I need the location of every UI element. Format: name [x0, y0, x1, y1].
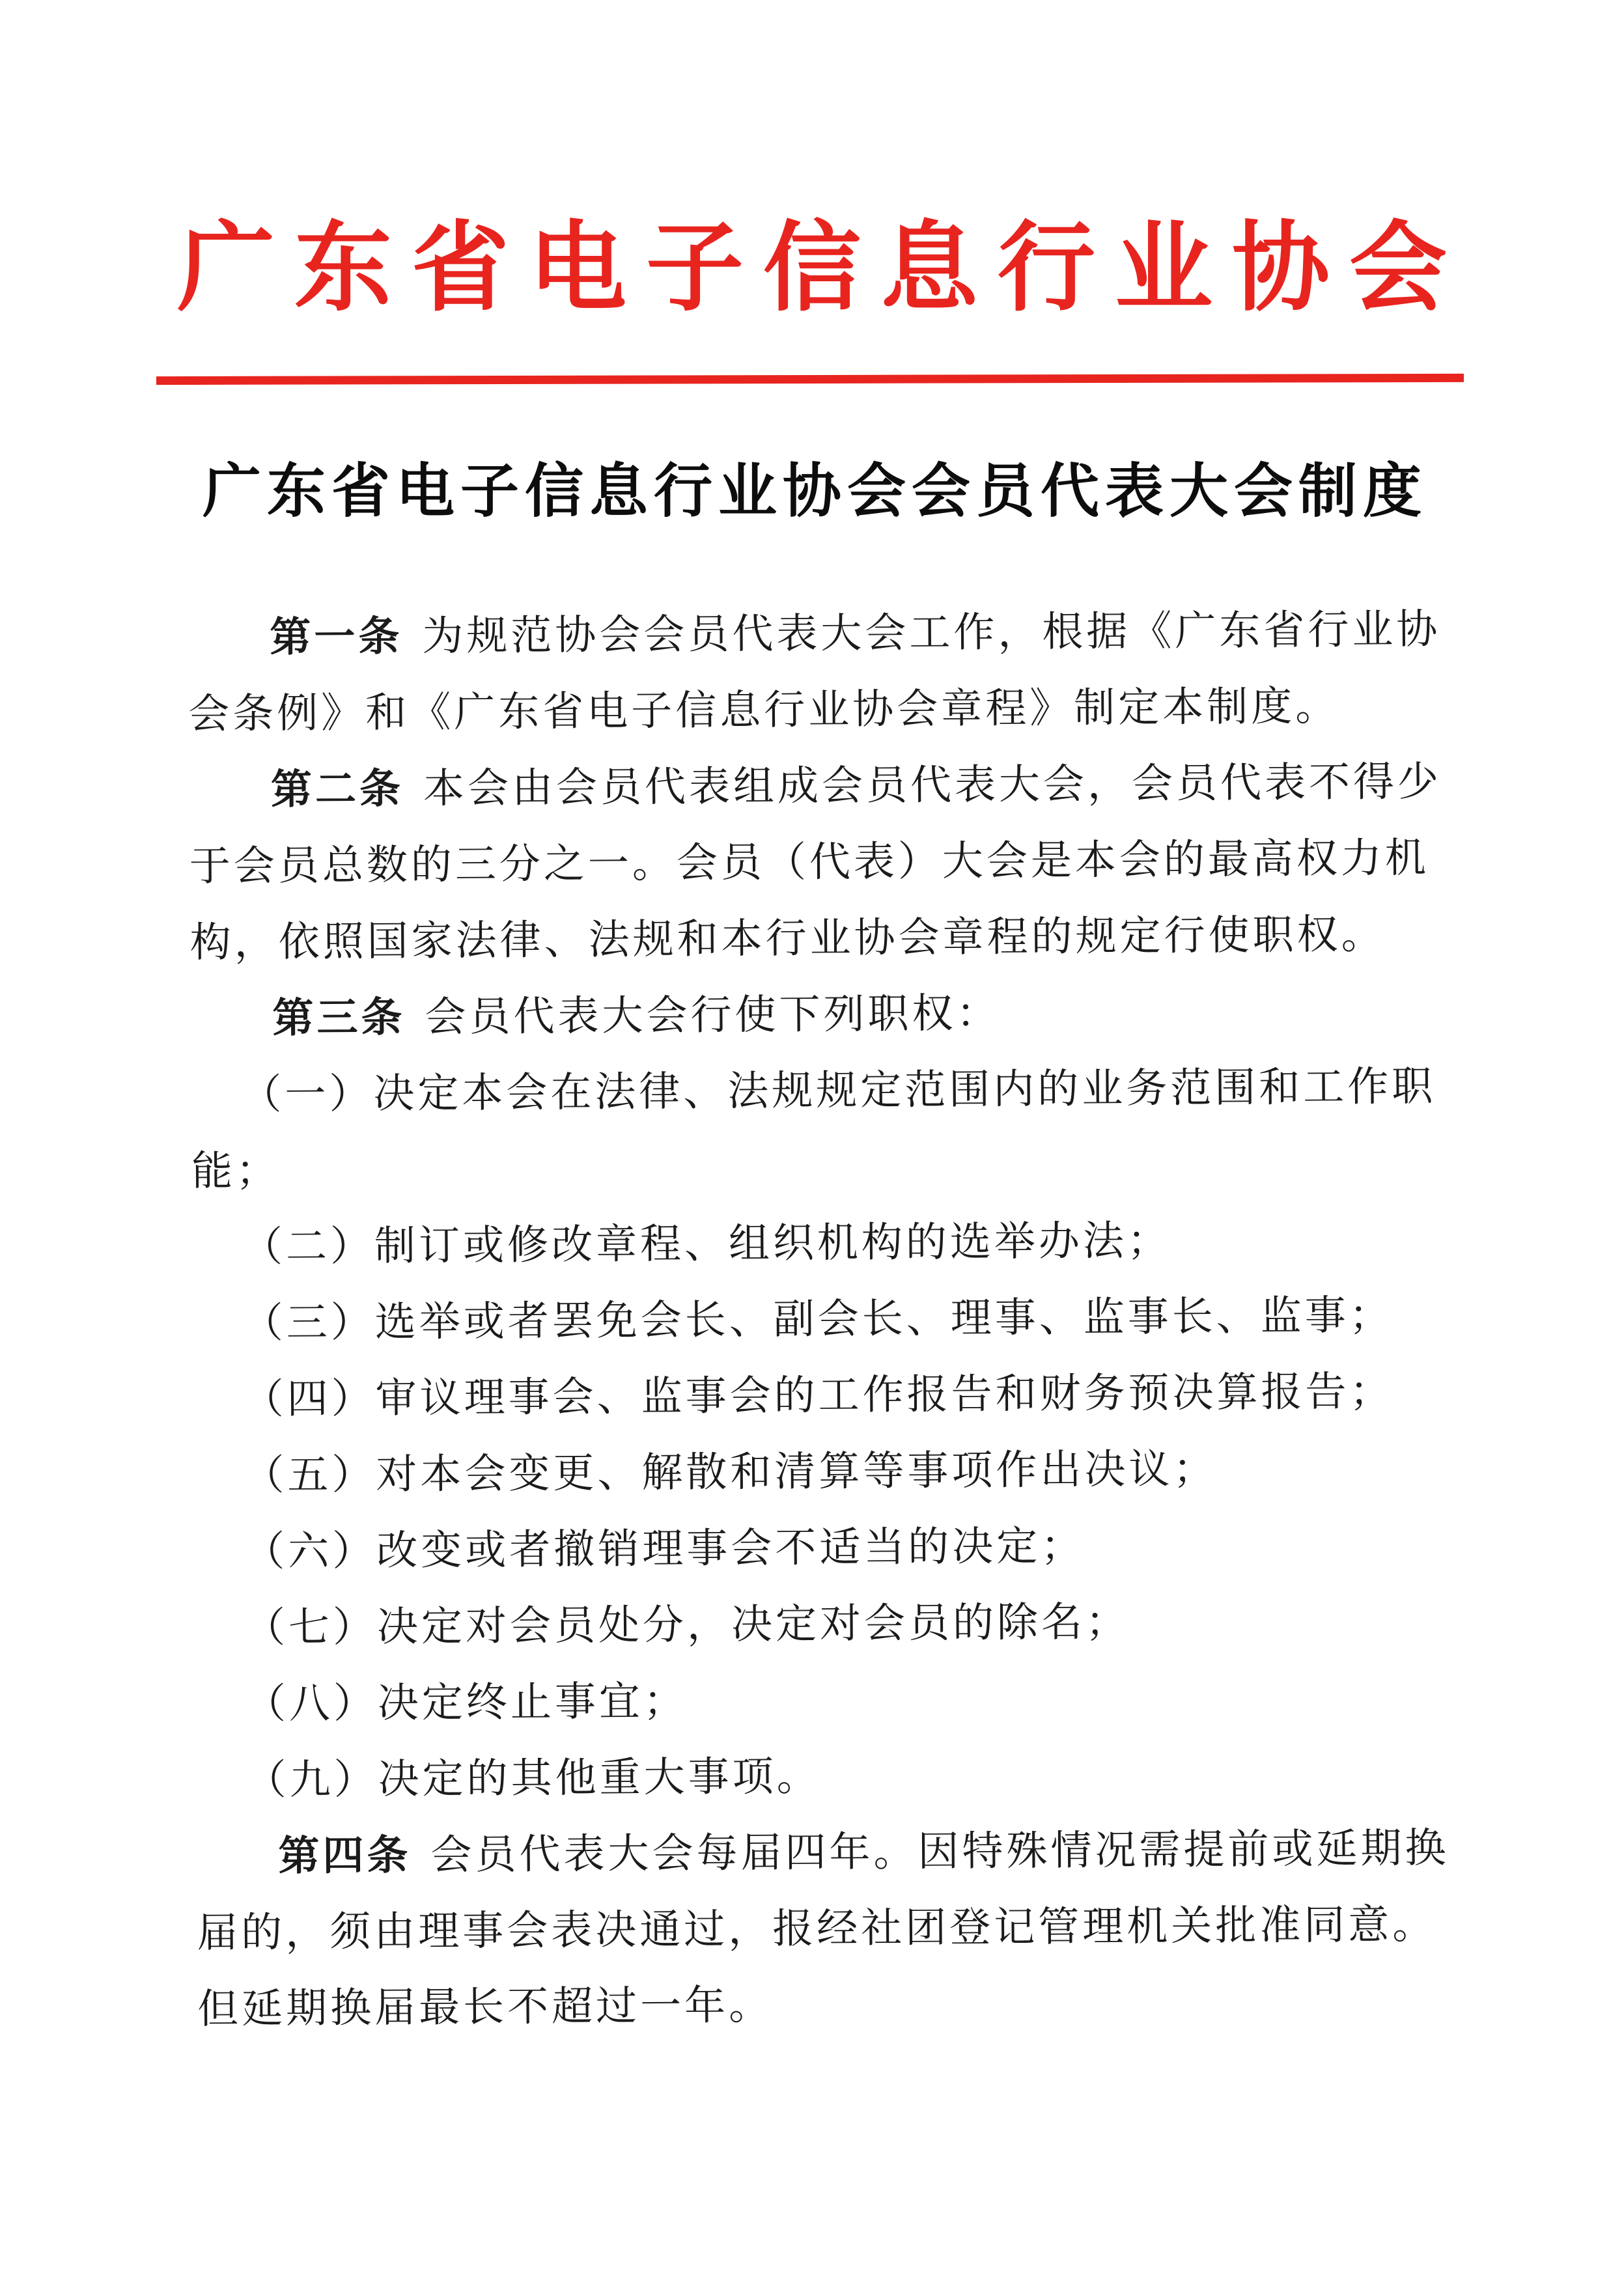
body-line-text: 但延期换届最长不超过一年。 — [197, 1983, 773, 2032]
body-line-text: 会条例》和《广东省电子信息行业协会章程》制定本制度。 — [188, 684, 1339, 737]
body-line-text: 能； — [191, 1148, 280, 1194]
body-line: 构，依照国家法律、法规和本行业协会章程的规定行使职权。 — [189, 897, 1448, 981]
body-line: （一）决定本会在法律、法规规定范围内的业务范围和工作职 — [191, 1048, 1449, 1133]
body-line-text: （四）审议理事会、监事会的工作报告和财务预决算报告； — [242, 1369, 1393, 1422]
document-page: 广东省电子信息行业协会 广东省电子信息行业协会会员代表大会制度 第一条为规范协会… — [0, 0, 1624, 2284]
body-line: （二）制订或修改章程、组织机构的选举办法； — [192, 1201, 1451, 1285]
body-line-text: （八）决定终止事宜； — [245, 1678, 688, 1727]
body-line-text: （三）选举或者罢免会长、副会长、理事、监事长、监事； — [242, 1292, 1393, 1346]
body-line: （四）审议理事会、监事会的工作报告和财务预决算报告； — [193, 1353, 1451, 1438]
article-number-label: 第四条 — [278, 1833, 411, 1879]
document-body: 第一条为规范协会会员代表大会工作，根据《广东省行业协会条例》和《广东省电子信息行… — [188, 592, 1455, 2048]
body-line: （六）改变或者撤销理事会不适当的决定； — [194, 1505, 1453, 1590]
article-number-label: 第二条 — [271, 766, 404, 813]
body-line-text: （五）对本会变更、解散和清算等事项作出决议； — [243, 1446, 1217, 1498]
body-line: （七）决定对会员处分，决定对会员的除名； — [195, 1581, 1453, 1666]
body-line: 第四条会员代表大会每届四年。因特殊情况需提前或延期换 — [196, 1810, 1455, 1895]
body-line: 但延期换届最长不超过一年。 — [197, 1962, 1456, 2047]
organization-masthead-title: 广东省电子信息行业协会 — [0, 207, 1624, 331]
document-title: 广东省电子信息行业协会会员代表大会制度 — [0, 456, 1624, 529]
body-line-text: （七）决定对会员处分，决定对会员的除名； — [244, 1599, 1130, 1650]
body-line-text: 届的，须由理事会表决通过，报经社团登记管理机关批准同意。 — [197, 1902, 1436, 1956]
body-line: 第三条会员代表大会行使下列职权： — [190, 972, 1449, 1057]
body-line: （八）决定终止事宜； — [195, 1658, 1453, 1742]
body-line: 于会员总数的三分之一。会员（代表）大会是本会的最高权力机 — [189, 820, 1448, 905]
article-number-label: 第一条 — [270, 614, 402, 660]
body-line-text: （九）决定的其他重大事项。 — [245, 1753, 820, 1803]
body-line-text: 构，依照国家法律、法规和本行业协会章程的规定行使职权。 — [189, 912, 1385, 966]
body-line-text: 本会由会员代表组成会员代表大会，会员代表不得少 — [423, 759, 1442, 812]
body-line: （五）对本会变更、解散和清算等事项作出决议； — [193, 1429, 1452, 1514]
body-line-text: 会员代表大会行使下列职权： — [425, 990, 1000, 1040]
body-line-text: （六）改变或者撤销理事会不适当的决定； — [244, 1523, 1085, 1574]
body-line-text: 会员代表大会每届四年。因特殊情况需提前或延期换 — [430, 1826, 1449, 1878]
body-line-text: 于会员总数的三分之一。会员（代表）大会是本会的最高权力机 — [189, 835, 1429, 889]
body-line-text: （一）决定本会在法律、法规规定范围内的业务范围和工作职 — [240, 1064, 1436, 1118]
article-number-label: 第三条 — [272, 995, 405, 1041]
body-line: 第二条本会由会员代表组成会员代表大会，会员代表不得少 — [189, 744, 1448, 829]
body-line: 会条例》和《广东省电子信息行业协会章程》制定本制度。 — [188, 668, 1447, 753]
body-line-text: （二）制订或修改章程、组织机构的选举办法； — [242, 1218, 1171, 1270]
masthead-divider-rule — [156, 374, 1464, 385]
body-line: 届的，须由理事会表决通过，报经社团登记管理机关批准同意。 — [197, 1886, 1455, 1971]
body-line: （九）决定的其他重大事项。 — [195, 1734, 1454, 1818]
body-line: （三）选举或者罢免会长、副会长、理事、监事长、监事； — [192, 1277, 1451, 1361]
body-line: 能； — [191, 1124, 1450, 1209]
body-line: 第一条为规范协会会员代表大会工作，根据《广东省行业协 — [188, 592, 1446, 676]
body-line-text: 为规范协会会员代表大会工作，根据《广东省行业协 — [422, 607, 1440, 660]
